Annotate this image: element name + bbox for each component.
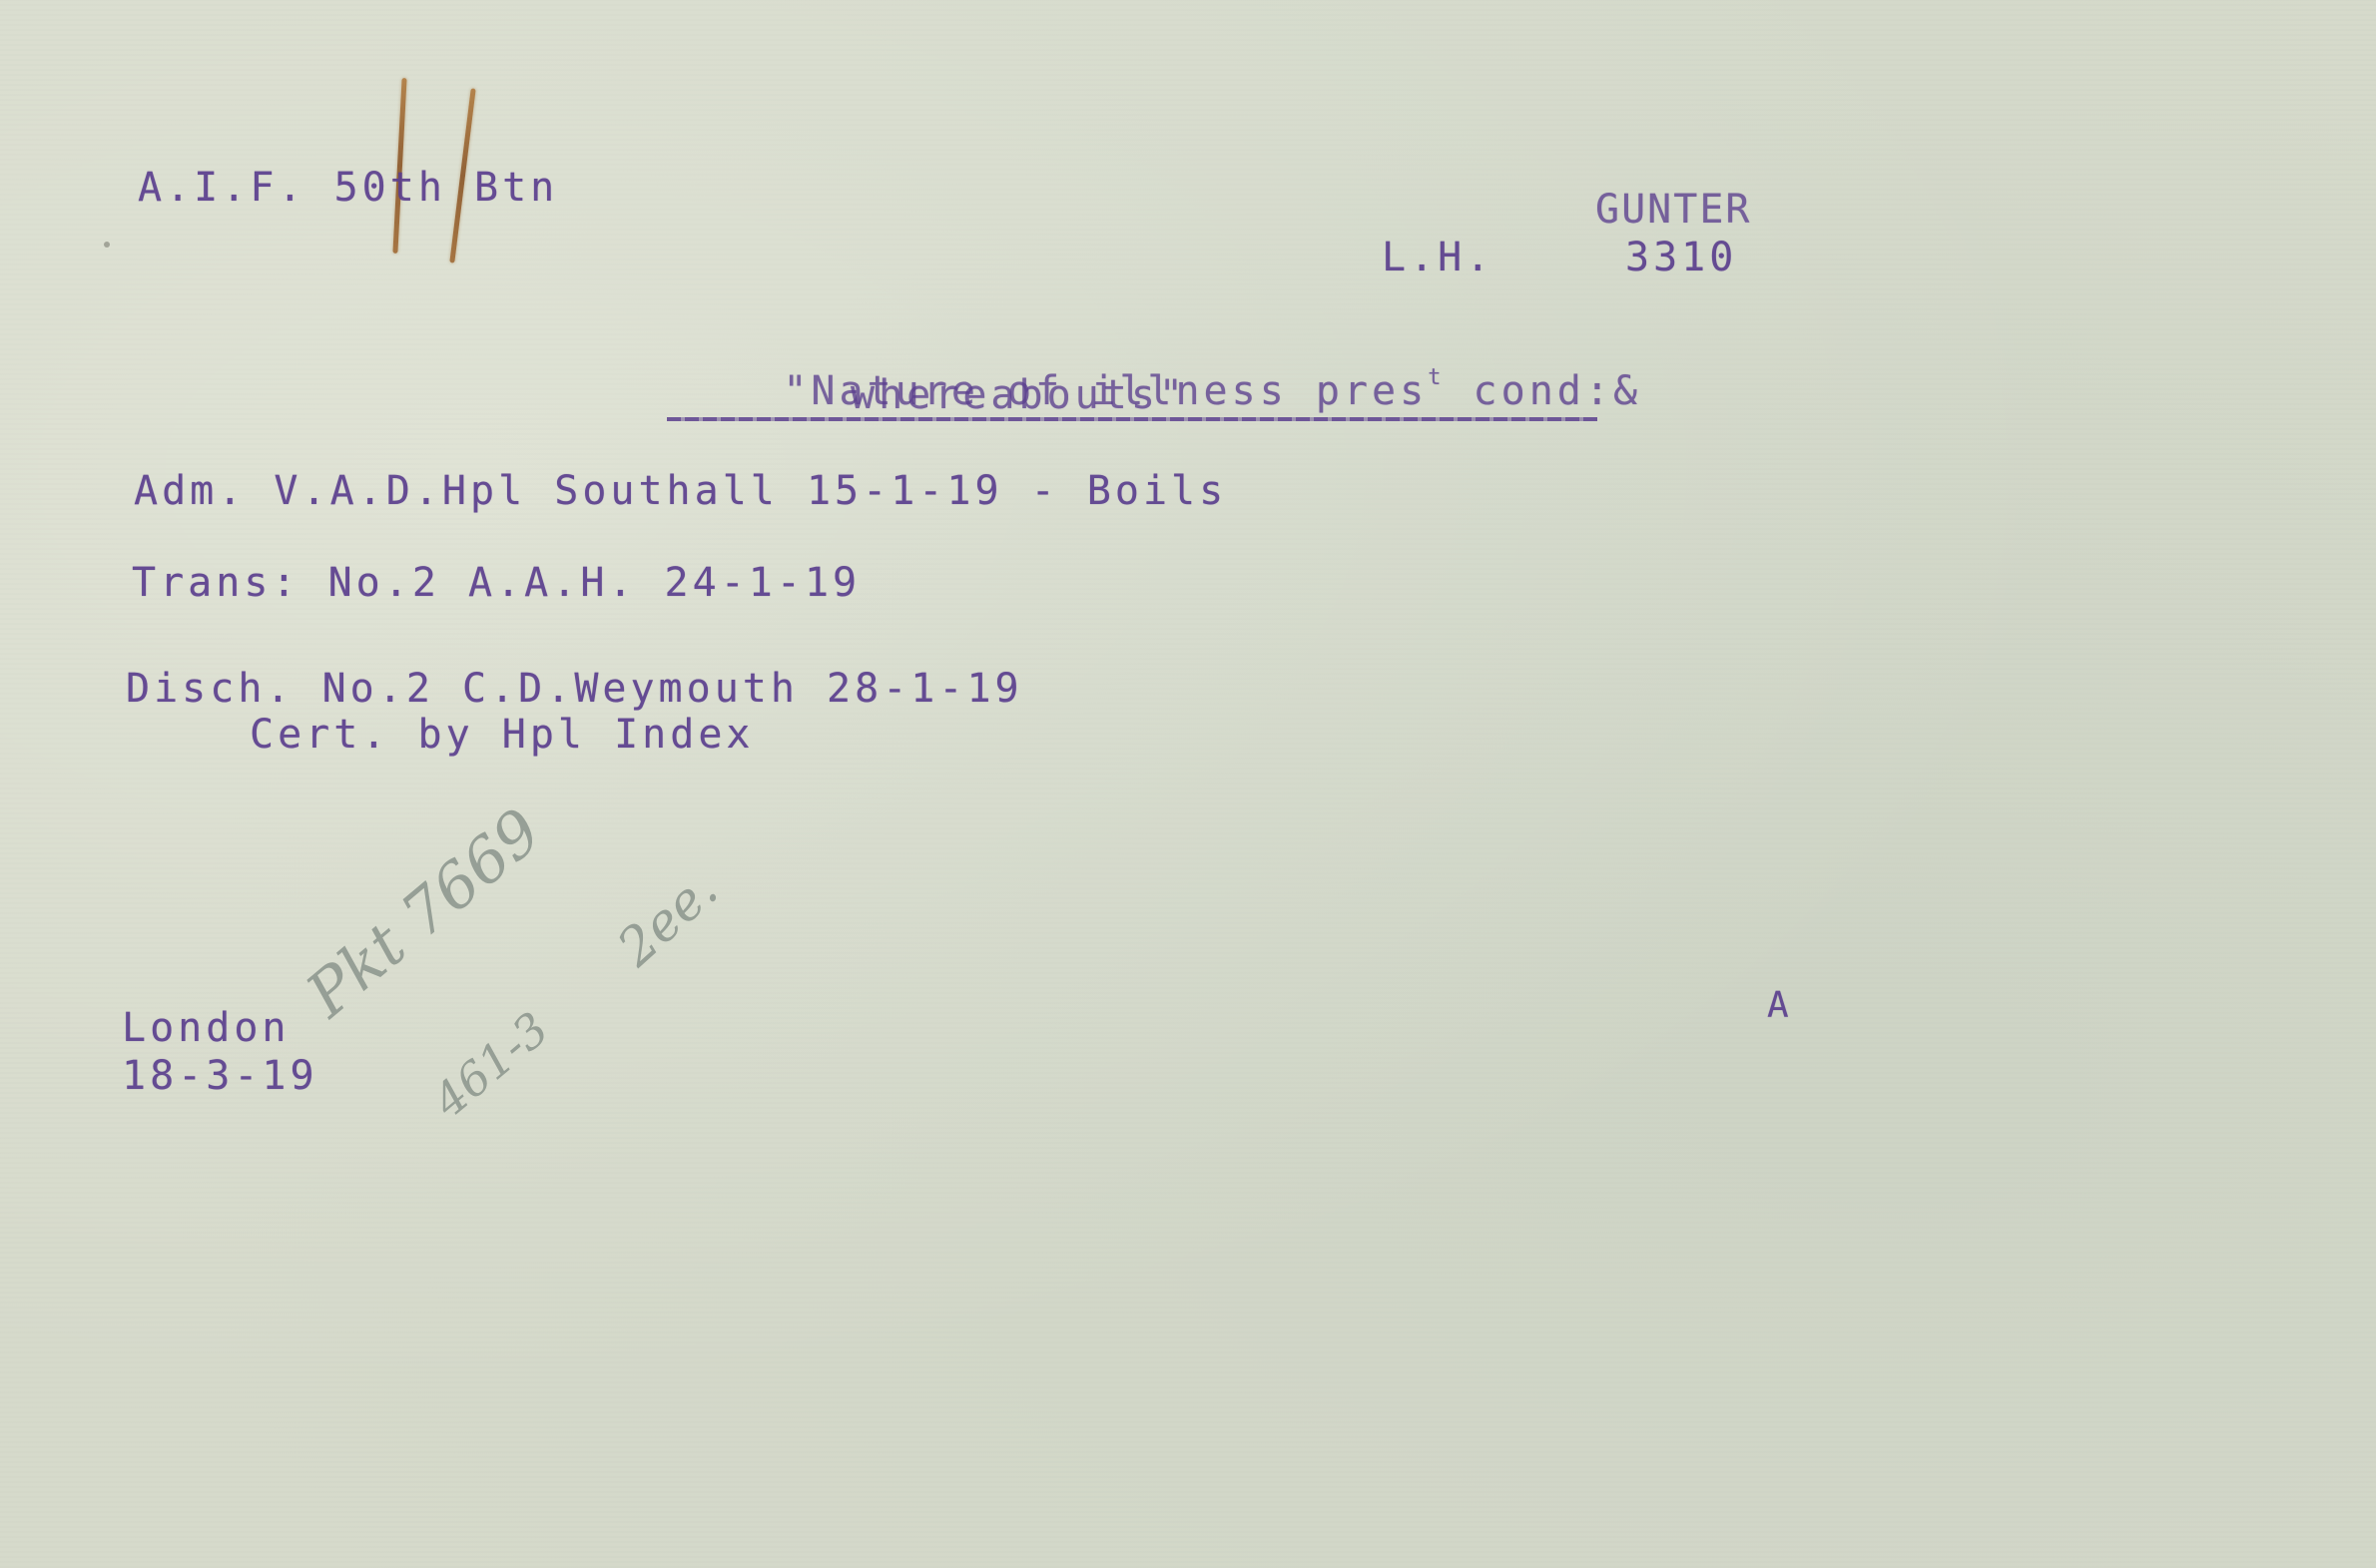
entry-admission: Adm. V.A.D.Hpl Southall 15-1-19 - Boils [134,471,1227,511]
initials: L.H. [1382,238,1493,277]
corner-mark: A [1767,988,1793,1024]
service-number: 3310 [1625,238,1737,277]
paper-speck [104,242,110,248]
place: London [122,1008,291,1048]
heading-superscript: t [1428,365,1445,390]
index-card: A.I.F. 50th Btn GUNTER L.H. 3310 "Nature… [0,0,2376,1568]
surname: GUNTER [1595,190,1752,230]
heading-line-2: whereabouts" [851,375,1187,415]
pencil-annotation-initials: 2ee. [607,859,730,978]
entry-certification: Cert. by Hpl Index [250,715,754,755]
heading-line-1-suffix: cond:& [1445,368,1641,414]
date: 18-3-19 [122,1056,318,1096]
heading-underline [667,417,1597,421]
entry-discharge: Disch. No.2 C.D.Weymouth 28-1-19 [126,669,1023,709]
entry-transfer: Trans: No.2 A.A.H. 24-1-19 [132,563,861,603]
unit-label: A.I.F. 50th Btn [138,168,558,208]
pencil-annotation-reference: 461-3 [422,1001,558,1128]
pencil-annotation-packet: Pkt 7669 [293,794,555,1031]
